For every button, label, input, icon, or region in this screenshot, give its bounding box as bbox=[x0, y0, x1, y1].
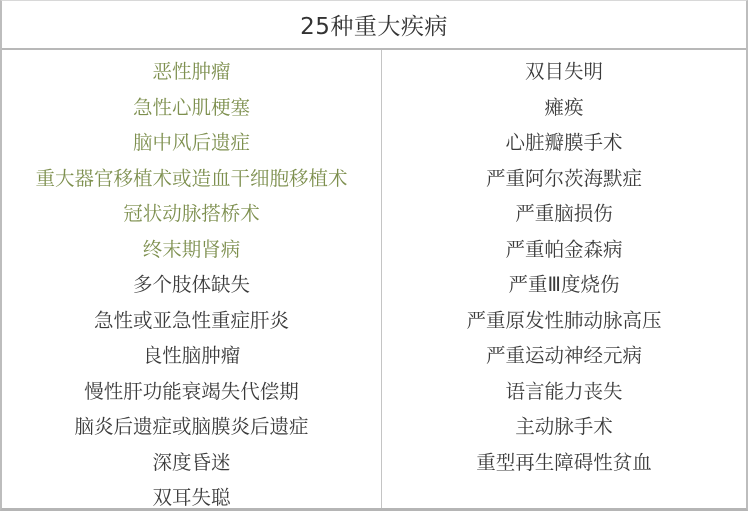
table-cell: 严重原发性肺动脉高压 bbox=[466, 303, 661, 339]
table-cell: 慢性肝功能衰竭失代偿期 bbox=[84, 374, 299, 410]
disease-table: 25种重大疾病 恶性肿瘤 急性心肌梗塞 脑中风后遗症 重大器官移植术或造血干细胞… bbox=[0, 0, 748, 511]
table-cell: 严重运动神经元病 bbox=[486, 338, 642, 374]
table-cell: 重型再生障碍性贫血 bbox=[476, 445, 652, 481]
table-cell: 多个肢体缺失 bbox=[133, 267, 250, 303]
left-column: 恶性肿瘤 急性心肌梗塞 脑中风后遗症 重大器官移植术或造血干细胞移植术 冠状动脉… bbox=[2, 50, 382, 508]
table-cell: 急性或亚急性重症肝炎 bbox=[94, 303, 289, 339]
table-cell: 深度昏迷 bbox=[152, 445, 230, 481]
table-cell: 冠状动脉搭桥术 bbox=[123, 196, 260, 232]
table-cell: 严重Ⅲ度烧伤 bbox=[509, 267, 620, 303]
table-cell: 良性脑肿瘤 bbox=[143, 338, 241, 374]
table-cell: 主动脉手术 bbox=[515, 409, 613, 445]
table-cell: 严重帕金森病 bbox=[505, 232, 622, 268]
table-cell: 恶性肿瘤 bbox=[152, 54, 230, 90]
table-cell: 心脏瓣膜手术 bbox=[505, 125, 622, 161]
table-cell: 终末期肾病 bbox=[143, 232, 241, 268]
table-cell: 语言能力丧失 bbox=[505, 374, 622, 410]
table-cell: 脑炎后遗症或脑膜炎后遗症 bbox=[74, 409, 308, 445]
right-column: 双目失明 瘫痪 心脏瓣膜手术 严重阿尔茨海默症 严重脑损伤 严重帕金森病 严重Ⅲ… bbox=[382, 50, 746, 508]
table-cell: 双目失明 bbox=[525, 54, 603, 90]
table-cell: 严重阿尔茨海默症 bbox=[486, 161, 642, 197]
table-cell: 重大器官移植术或造血干细胞移植术 bbox=[35, 161, 347, 197]
table-cell: 脑中风后遗症 bbox=[133, 125, 250, 161]
table-cell: 急性心肌梗塞 bbox=[133, 90, 250, 126]
table-title: 25种重大疾病 bbox=[2, 1, 746, 50]
table-cell: 瘫痪 bbox=[544, 90, 583, 126]
table-cell: 严重脑损伤 bbox=[515, 196, 613, 232]
table-cell: 双耳失聪 bbox=[152, 480, 230, 514]
